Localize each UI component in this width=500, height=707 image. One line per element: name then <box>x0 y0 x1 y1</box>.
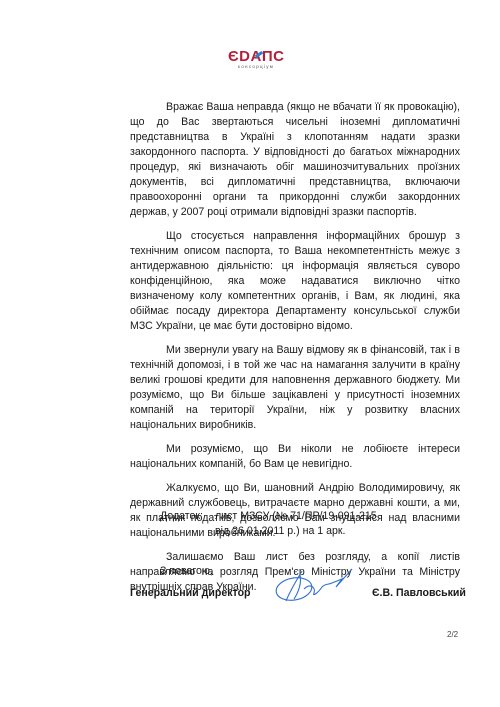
addendum: Додаток: лист МЗСУ (№ 71/ПР/19-091-215 в… <box>160 509 377 539</box>
company-logo: ЄDAПС консорціум <box>228 50 284 70</box>
paragraph: Ми розуміємо, що Ви ніколи не лобіюєте і… <box>130 442 460 472</box>
paragraph: Ми звернули увагу на Вашу відмову як в ф… <box>130 343 460 433</box>
logo-wordmark: ЄDAПС <box>228 50 284 64</box>
signer-position: Генеральний директор <box>130 587 251 599</box>
paragraph: Що стосується направлення інформаційних … <box>130 229 460 334</box>
page-number: 2/2 <box>447 630 458 639</box>
addendum-line: від 26.01.2011 р.) на 1 арк. <box>215 524 377 539</box>
paragraph: Вражає Ваша неправда (якщо не вбачати її… <box>130 100 460 220</box>
addendum-content: лист МЗСУ (№ 71/ПР/19-091-215 від 26.01.… <box>215 509 377 539</box>
regards: З повагою, <box>160 565 213 577</box>
addendum-label: Додаток: <box>160 509 215 539</box>
signer-name: Є.В. Павловський <box>372 587 466 599</box>
signature-icon <box>272 563 362 605</box>
addendum-line: лист МЗСУ (№ 71/ПР/19-091-215 <box>215 509 377 524</box>
